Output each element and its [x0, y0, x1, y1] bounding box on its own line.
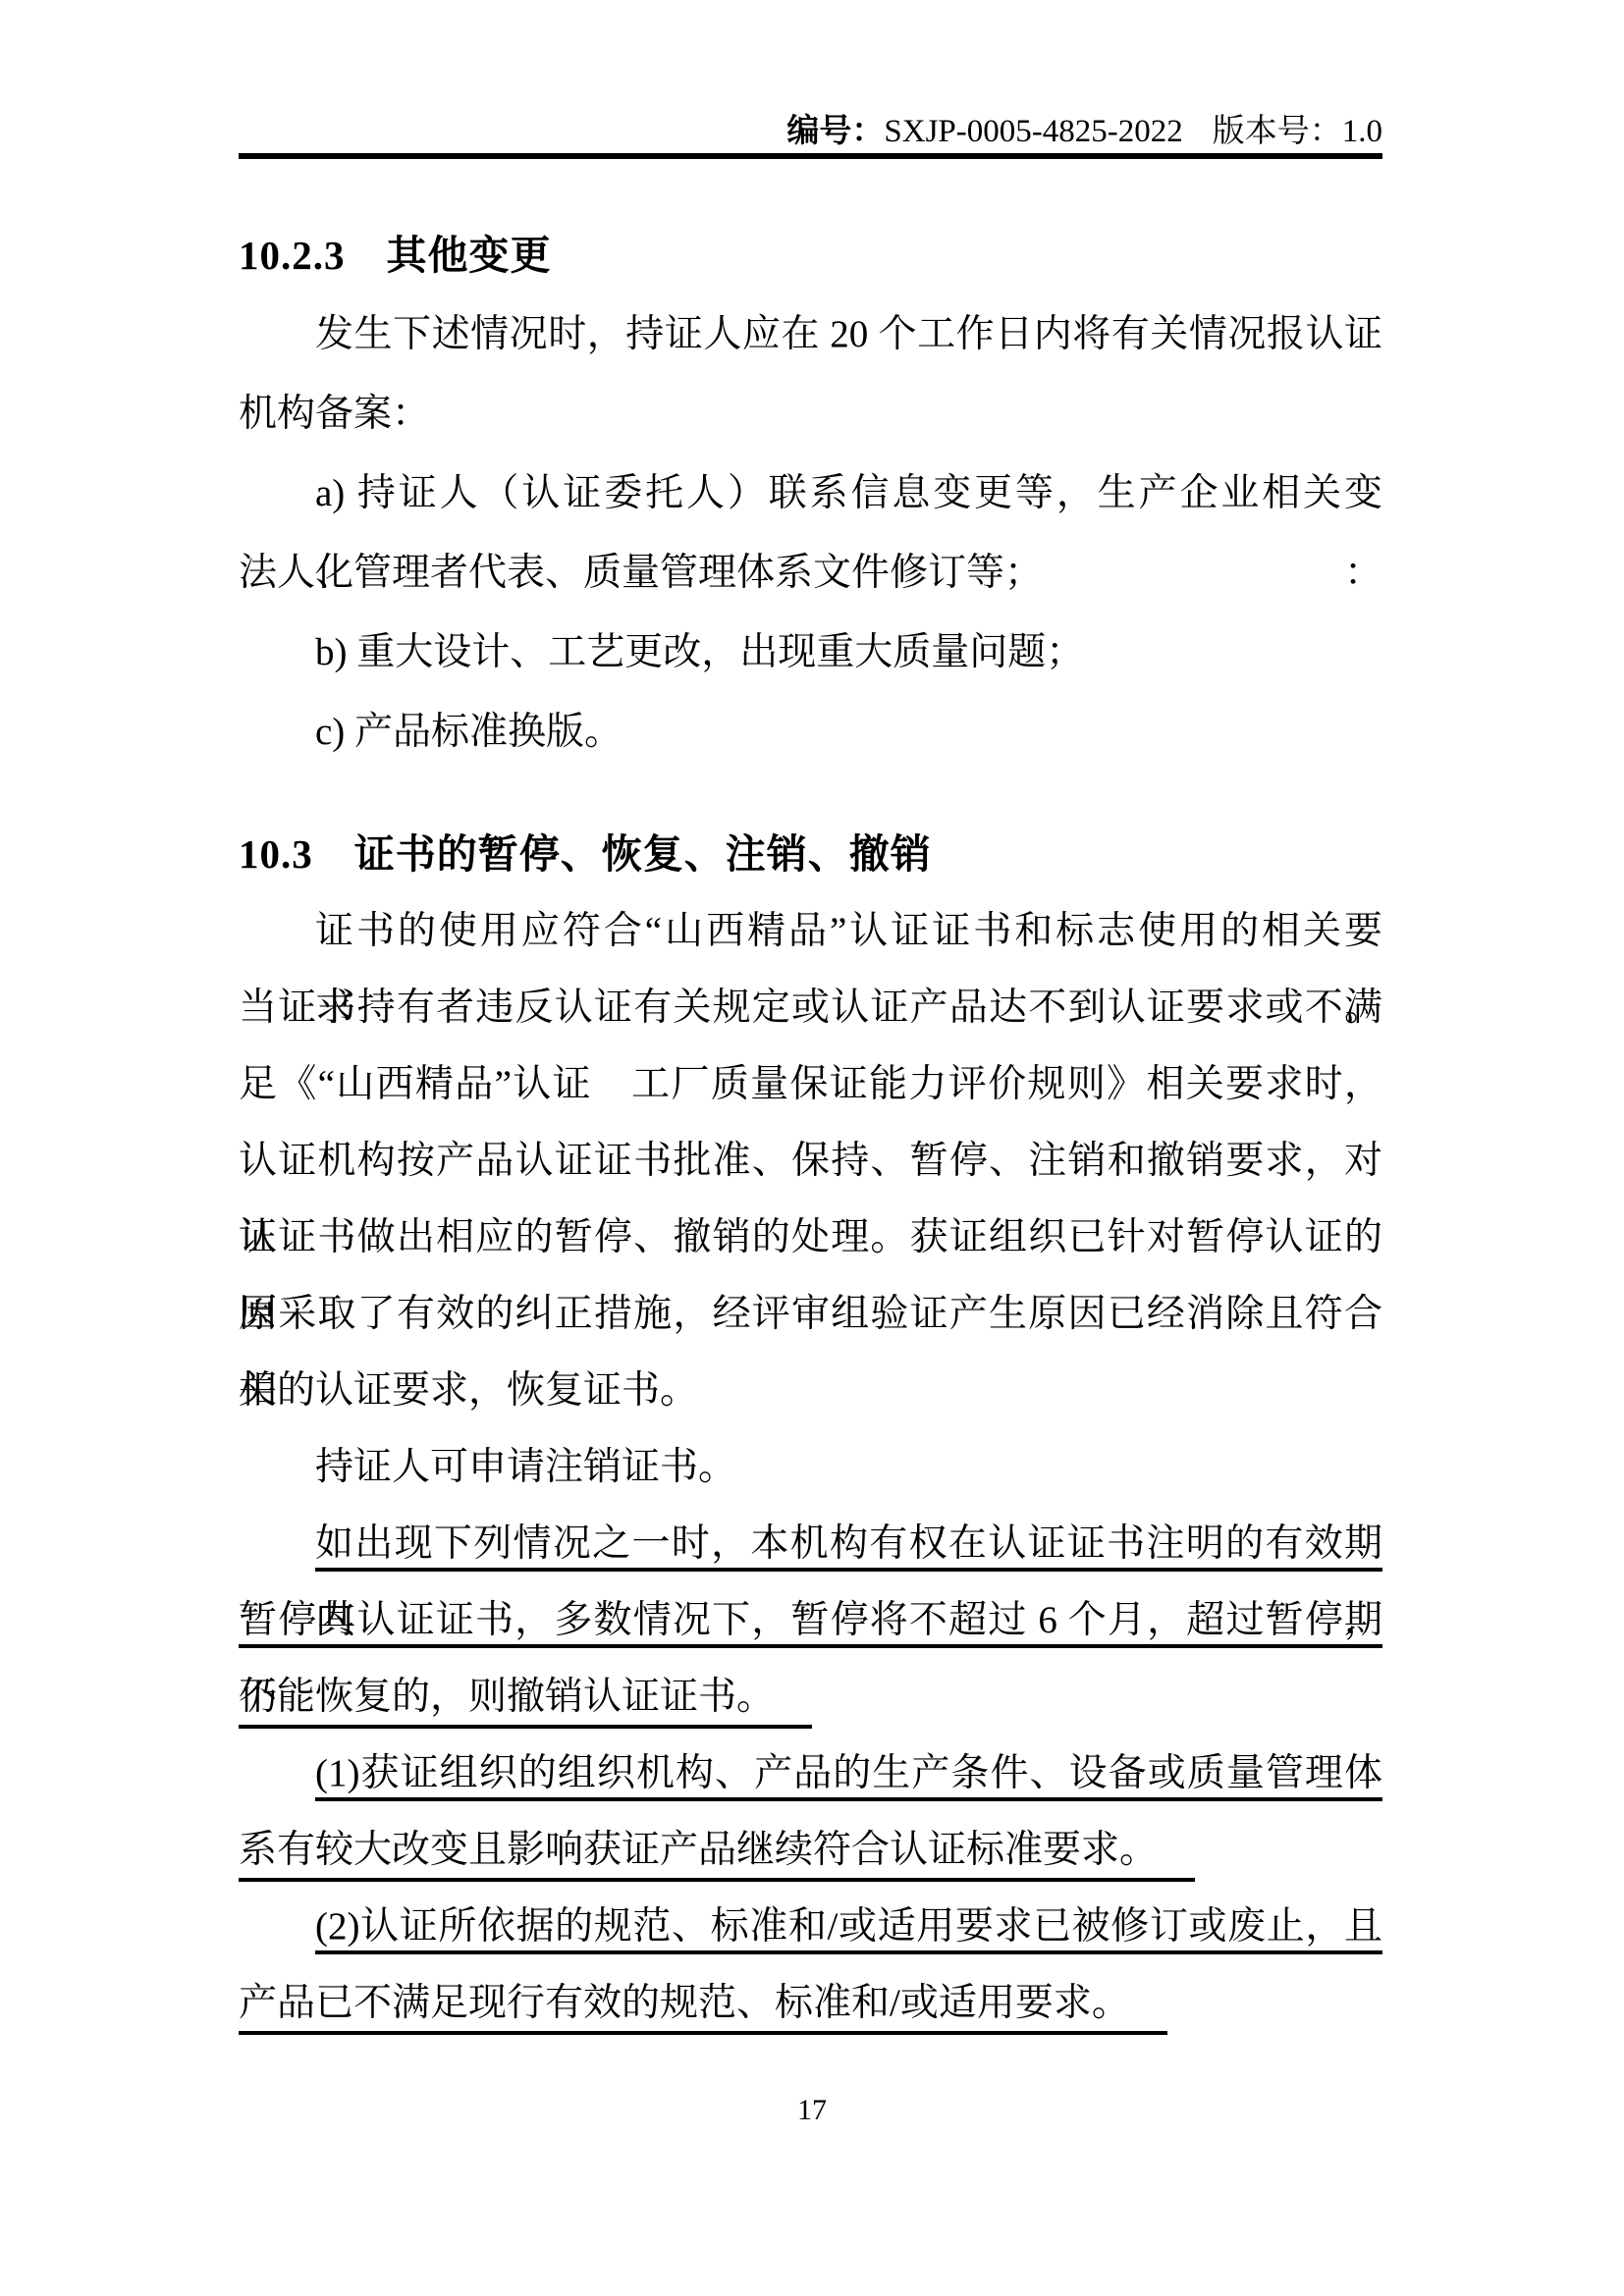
text-line: 证证书做出相应的暂停、撤销的处理。获证组织已针对暂停认证的原	[239, 1200, 1382, 1276]
text-line: c) 产品标准换版。	[239, 692, 1382, 772]
text-line: 机构备案：	[239, 374, 1382, 454]
text-line: 法人、管理者代表、质量管理体系文件修订等；	[239, 533, 1382, 613]
text-line: 关的认证要求，恢复证书。	[239, 1353, 1382, 1429]
section: 10.3 证书的暂停、恢复、注销、撤销证书的使用应符合“山西精品”认证证书和标志…	[239, 815, 1382, 2042]
text-line: 如出现下列情况之一时，本机构有权在认证证书注明的有效期内，	[239, 1506, 1382, 1582]
text-line: 认证机构按产品认证证书批准、保持、暂停、注销和撤销要求，对认	[239, 1123, 1382, 1200]
version-label: 版本号：	[1213, 114, 1342, 149]
section-heading: 10.2.3 其他变更	[239, 216, 1382, 294]
version-value: 1.0	[1342, 114, 1382, 149]
text-line: 足《“山西精品”认证 工厂质量保证能力评价规则》相关要求时，	[239, 1046, 1382, 1123]
document-page: 编号：SXJP-0005-4825-2022版本号：1.0 10.2.3 其他变…	[0, 0, 1624, 2296]
doc-number-label: 编号：	[786, 114, 884, 149]
doc-number: SXJP-0005-4825-2022	[884, 114, 1182, 149]
text-line: 不能恢复的，则撤销认证证书。	[239, 1659, 1382, 1735]
text-line: 证书的使用应符合“山西精品”认证证书和标志使用的相关要求。	[239, 893, 1382, 970]
document-body: 10.2.3 其他变更发生下述情况时，持证人应在 20 个工作日内将有关情况报认…	[239, 216, 1382, 2042]
text-line: 因采取了有效的纠正措施，经评审组验证产生原因已经消除且符合相	[239, 1276, 1382, 1353]
text-line: 系有较大改变且影响获证产品继续符合认证标准要求。	[239, 1812, 1382, 1889]
section-heading: 10.3 证书的暂停、恢复、注销、撤销	[239, 815, 1382, 893]
page-number: 17	[797, 2094, 827, 2126]
underlined-text: 不能恢复的，则撤销认证证书。	[239, 1676, 812, 1729]
text-line: 暂停其认证证书，多数情况下，暂停将不超过 6 个月，超过暂停期仍	[239, 1582, 1382, 1659]
text-line: b) 重大设计、工艺更改，出现重大质量问题；	[239, 613, 1382, 692]
text-line: 发生下述情况时，持证人应在 20 个工作日内将有关情况报认证	[239, 294, 1382, 374]
text-line: 产品已不满足现行有效的规范、标准和/或适用要求。	[239, 1965, 1382, 2042]
header-rule	[239, 153, 1382, 159]
content-column: 编号：SXJP-0005-4825-2022版本号：1.0 10.2.3 其他变…	[239, 110, 1382, 2042]
text-line: 持证人可申请注销证书。	[239, 1429, 1382, 1506]
text-line: (1)获证组织的组织机构、产品的生产条件、设备或质量管理体	[239, 1735, 1382, 1812]
page-header: 编号：SXJP-0005-4825-2022版本号：1.0	[239, 110, 1382, 153]
text-line: (2)认证所依据的规范、标准和/或适用要求已被修订或废止，且	[239, 1889, 1382, 1965]
section: 10.2.3 其他变更发生下述情况时，持证人应在 20 个工作日内将有关情况报认…	[239, 216, 1382, 772]
text-line: 当证书持有者违反认证有关规定或认证产品达不到认证要求或不满	[239, 970, 1382, 1046]
page-footer: 17	[0, 2091, 1624, 2130]
underlined-text: 产品已不满足现行有效的规范、标准和/或适用要求。	[239, 1982, 1167, 2035]
text-line: a) 持证人（认证委托人）联系信息变更等，生产企业相关变化：	[239, 454, 1382, 533]
underlined-text: 系有较大改变且影响获证产品继续符合认证标准要求。	[239, 1829, 1195, 1882]
